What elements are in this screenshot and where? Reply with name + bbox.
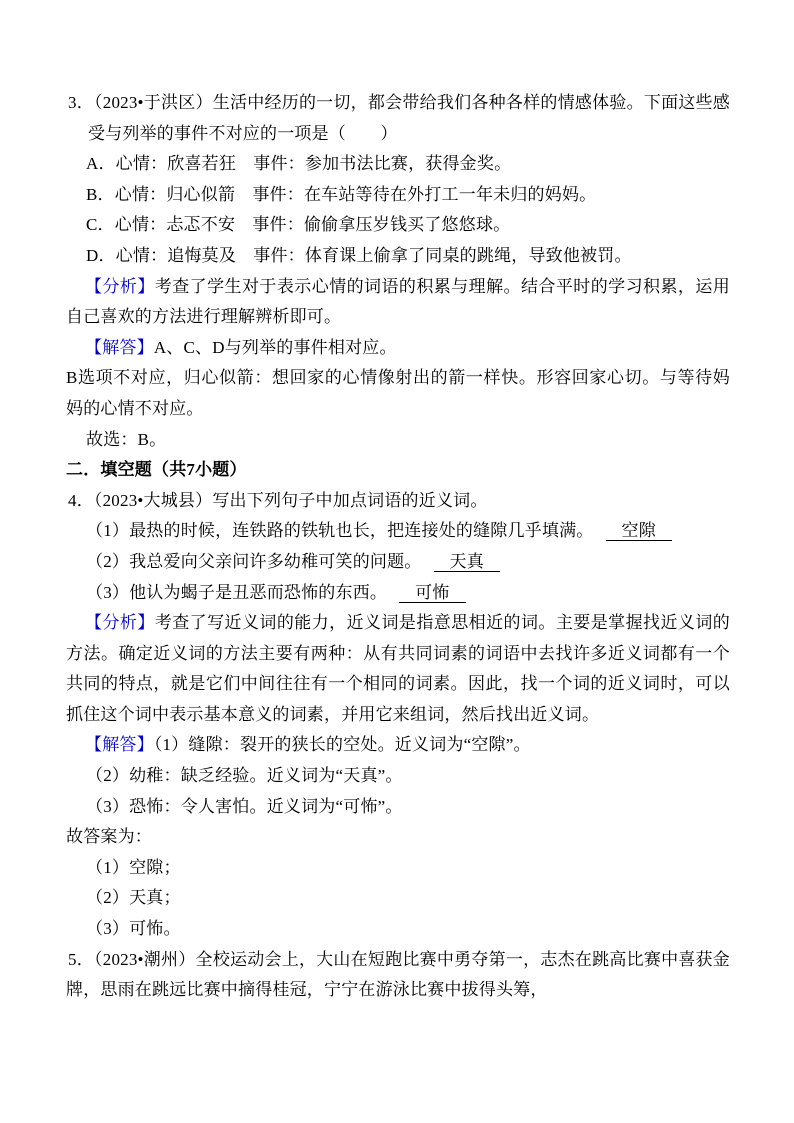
question-4-answer-line-1: 【解答】（1）缝隙：裂开的狭长的空处。近义词为“空隙”。: [66, 730, 730, 761]
question-3-conclusion: 故选：B。: [66, 425, 730, 456]
question-5-number: 5．: [68, 950, 94, 969]
question-3-option-a: A．心情：欣喜若狂 事件：参加书法比赛，获得金奖。: [66, 149, 730, 180]
analysis-label: 【分析】: [85, 277, 155, 296]
question-3-answer-text: A、C、D与列举的事件相对应。: [154, 338, 397, 357]
question-4-final-answer-3: （3）可怖。: [66, 914, 730, 945]
question-4-answer-line-1-text: （1）缝隙：裂开的狭长的空处。近义词为“空隙”。: [154, 735, 531, 754]
question-3-answer-detail: B选项不对应，归心似箭：想回家的心情像射出的箭一样快。形容回家心切。与等待妈妈的…: [66, 363, 730, 424]
question-4-analysis-text: 考查了写近义词的能力，近义词是指意思相近的词。主要是掌握找近义词的方法。确定近义…: [66, 613, 730, 724]
question-5-stem: （2023•潮州）全校运动会上，大山在短跑比赛中勇夺第一，志杰在跳高比赛中喜获金…: [66, 950, 730, 1000]
question-3-analysis-text: 考查了学生对于表示心情的词语的积累与理解。结合平时的学习积累，运用自己喜欢的方法…: [66, 277, 730, 327]
answer-label: 【解答】: [85, 338, 154, 357]
analysis-label: 【分析】: [85, 613, 155, 632]
question-4-conclusion-intro: 故答案为：: [66, 822, 730, 853]
section-2-title: 二．填空题（共7小题）: [66, 455, 730, 486]
question-4-answer-line-3: （3）恐怖：令人害怕。近义词为“可怖”。: [66, 792, 730, 823]
question-3-analysis-paragraph: 【分析】考查了学生对于表示心情的词语的积累与理解。结合平时的学习积累，运用自己喜…: [66, 272, 730, 333]
question-4-final-answer-1: （1）空隙；: [66, 853, 730, 884]
question-4-item-3-answer-blank: 可怖: [399, 583, 465, 603]
question-4-analysis-paragraph: 【分析】考查了写近义词的能力，近义词是指意思相近的词。主要是掌握找近义词的方法。…: [66, 608, 730, 730]
question-4-number: 4．: [68, 491, 94, 510]
question-4-answer-line-2: （2）幼稚：缺乏经验。近义词为“天真”。: [66, 761, 730, 792]
exam-document-page: 3．（2023•于洪区）生活中经历的一切，都会带给我们各种各样的情感体验。下面这…: [0, 0, 794, 1006]
question-4-item-2: （2）我总爱向父亲问许多幼稚可笑的问题。天真: [66, 547, 730, 578]
answer-label: 【解答】: [85, 735, 154, 754]
question-4-final-answer-2: （2）天真；: [66, 883, 730, 914]
question-3-number: 3．: [68, 93, 94, 112]
question-4-item-3-text: （3）他认为蝎子是丑恶而恐怖的东西。: [86, 583, 387, 602]
question-4-item-1: （1）最热的时候，连铁路的铁轨也长，把连接处的缝隙几乎填满。空隙: [66, 516, 730, 547]
question-4-item-2-text: （2）我总爱向父亲问许多幼稚可笑的问题。: [86, 552, 422, 571]
question-3-stem: （2023•于洪区）生活中经历的一切，都会带给我们各种各样的情感体验。下面这些感…: [88, 93, 730, 143]
question-3-option-d: D．心情：追悔莫及 事件：体育课上偷拿了同桌的跳绳，导致他被罚。: [66, 241, 730, 272]
question-4-item-1-text: （1）最热的时候，连铁路的铁轨也长，把连接处的缝隙几乎填满。: [86, 521, 594, 540]
question-4-item-2-answer-blank: 天真: [434, 552, 500, 572]
question-3-option-b: B．心情：归心似箭 事件：在车站等待在外打工一年未归的妈妈。: [66, 180, 730, 211]
question-3-answer-paragraph: 【解答】A、C、D与列举的事件相对应。: [66, 333, 730, 364]
question-4-item-1-answer-blank: 空隙: [606, 521, 672, 541]
question-5-stem-paragraph: 5．（2023•潮州）全校运动会上，大山在短跑比赛中勇夺第一，志杰在跳高比赛中喜…: [66, 945, 730, 1006]
question-4-stem-paragraph: 4．（2023•大城县）写出下列句子中加点词语的近义词。: [66, 486, 730, 517]
question-3-stem-paragraph: 3．（2023•于洪区）生活中经历的一切，都会带给我们各种各样的情感体验。下面这…: [66, 88, 730, 149]
question-4-stem: （2023•大城县）写出下列句子中加点词语的近义词。: [94, 491, 488, 510]
question-4-item-3: （3）他认为蝎子是丑恶而恐怖的东西。可怖: [66, 578, 730, 609]
question-3-option-c: C．心情：忐忑不安 事件：偷偷拿压岁钱买了悠悠球。: [66, 210, 730, 241]
